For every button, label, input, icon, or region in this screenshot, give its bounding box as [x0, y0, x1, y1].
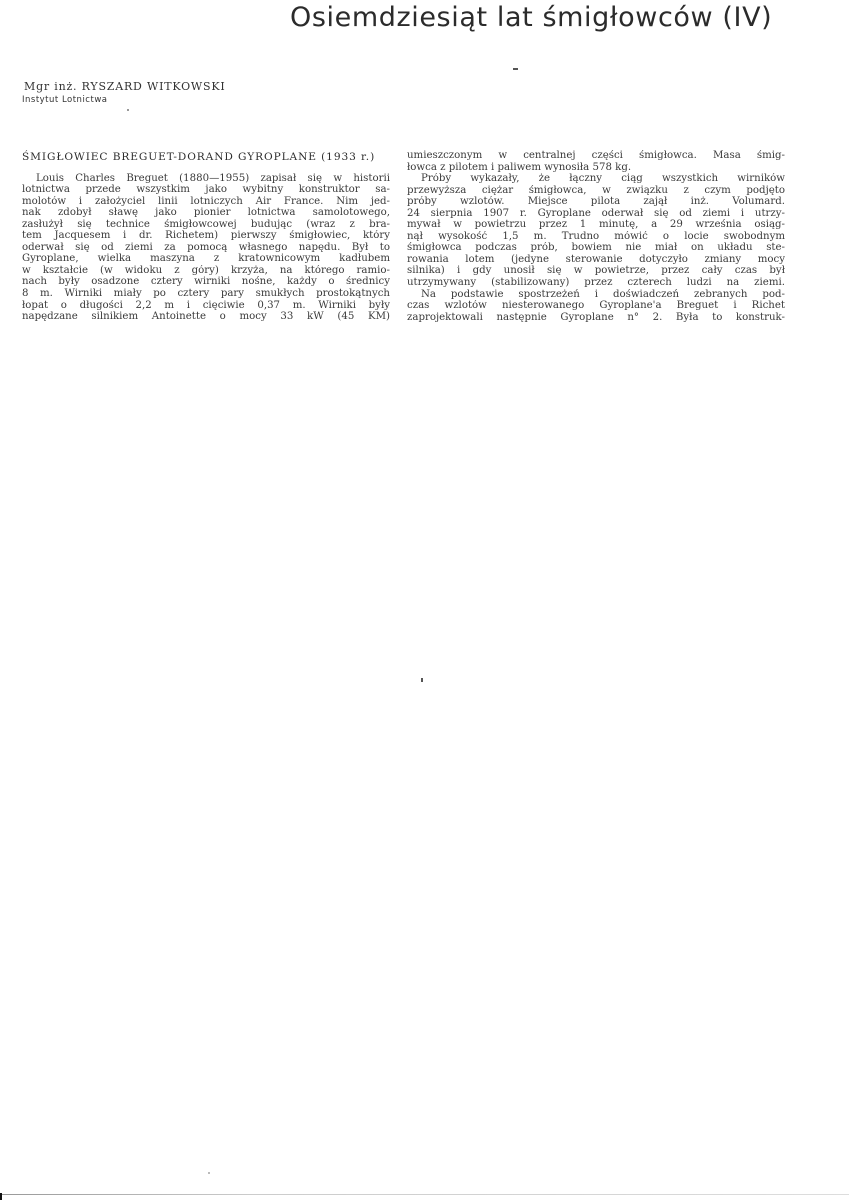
scan-edge-line: [0, 1194, 849, 1195]
text-line: Na podstawie spostrzeżeń i doświadczeń z…: [407, 289, 785, 301]
article-column-left: ŚMIGŁOWIEC BREGUET-DORAND GYROPLANE (193…: [22, 150, 390, 323]
text-line: Louis Charles Breguet (1880—1955) zapisa…: [22, 173, 390, 185]
scan-speck: [421, 678, 423, 682]
text-line: rowania lotem (jedyne sterowanie dotyczy…: [407, 254, 785, 266]
article-column-right: umieszczonym w centralnej części śmigłow…: [407, 150, 785, 323]
text-line: Gyroplane, wielka maszyna z kratownicowy…: [22, 253, 390, 265]
text-line: przewyższa ciężar śmigłowca, w związku z…: [407, 185, 785, 197]
text-line: mywał w powietrzu przez 1 minutę, a 29 w…: [407, 219, 785, 231]
scan-corner-mark: [0, 1193, 2, 1200]
text-line: molotów i założyciel linii lotniczych Ai…: [22, 196, 390, 208]
text-line: 24 sierpnia 1907 r. Gyroplane oderwał si…: [407, 208, 785, 220]
text-line: lotnictwa przede wszystkim jako wybitny …: [22, 184, 390, 196]
text-line: Próby wykazały, że łączny ciąg wszystkic…: [407, 173, 785, 185]
text-line: 8 m. Wirniki miały po cztery pary smukły…: [22, 288, 390, 300]
page-title: Osiemdziesiąt lat śmigłowców (IV): [290, 2, 770, 33]
text-line: utrzymywany (stabilizowany) przez cztere…: [407, 277, 785, 289]
section-heading: ŚMIGŁOWIEC BREGUET-DORAND GYROPLANE (193…: [22, 152, 390, 164]
scan-speck: [513, 68, 518, 70]
text-line: silnika) i gdy unosił się w powietrze, p…: [407, 265, 785, 277]
text-line: zasłużył się technice śmigłowcowej buduj…: [22, 219, 390, 231]
text-line: zaprojektowali następnie Gyroplane n° 2.…: [407, 312, 785, 324]
scan-speck: [208, 1172, 210, 1174]
scan-speck: [127, 109, 129, 111]
text-line: tem Jacquesem i dr. Richetem) pierwszy ś…: [22, 230, 390, 242]
author-name: Mgr inż. RYSZARD WITKOWSKI: [24, 80, 226, 93]
text-line: łopat o długości 2,2 m i cięciwie 0,37 m…: [22, 300, 390, 312]
text-line: nach były osadzone cztery wirniki nośne,…: [22, 276, 390, 288]
text-line: nął wysokość 1,5 m. Trudno mówić o locie…: [407, 231, 785, 243]
text-line: próby wzlotów. Miejsce pilota zajął inż.…: [407, 196, 785, 208]
author-affiliation: Instytut Lotnictwa: [22, 95, 107, 105]
text-line: umieszczonym w centralnej części śmigłow…: [407, 150, 785, 162]
text-line: w kształcie (w widoku z góry) krzyża, na…: [22, 265, 390, 277]
text-line: czas wzlotów niesterowanego Gyroplane'a …: [407, 300, 785, 312]
text-line: łowca z pilotem i paliwem wynosiła 578 k…: [407, 162, 785, 174]
text-line: oderwał się od ziemi za pomocą własnego …: [22, 242, 390, 254]
text-line: napędzane silnikiem Antoinette o mocy 33…: [22, 311, 390, 323]
text-line: nak zdobył sławę jako pionier lotnictwa …: [22, 207, 390, 219]
text-line: śmigłowca podczas prób, bowiem nie miał …: [407, 242, 785, 254]
